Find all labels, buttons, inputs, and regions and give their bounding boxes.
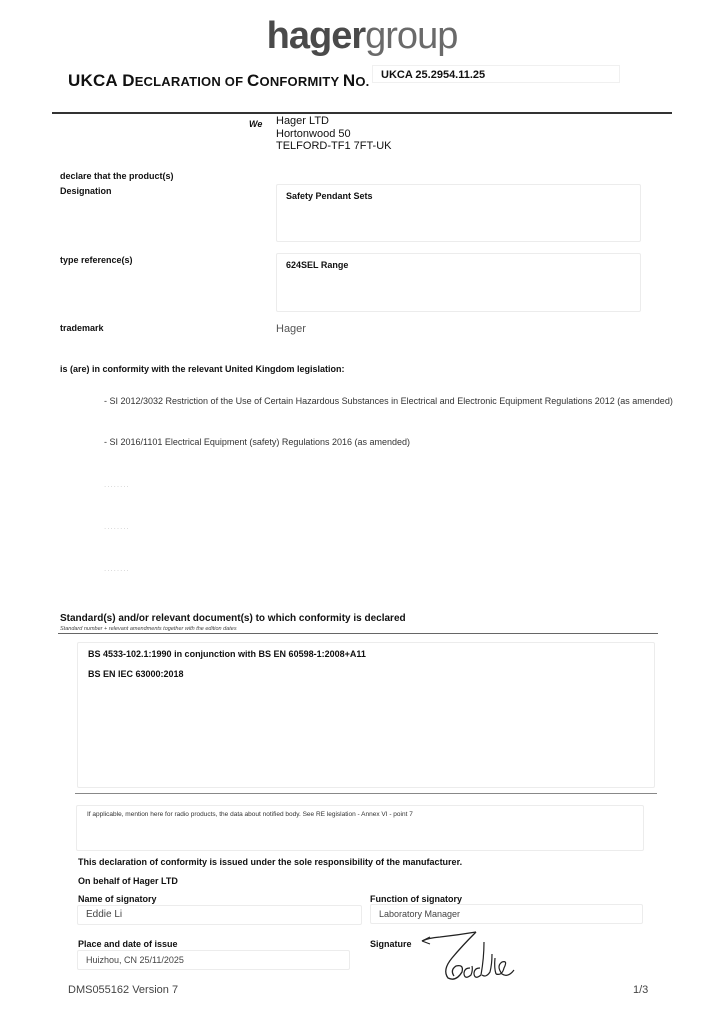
title-part: O. — [355, 74, 369, 89]
logo-light-text: group — [365, 15, 457, 57]
signature-label: Signature — [370, 939, 412, 949]
standards-field[interactable]: BS 4533-102.1:1990 in conjunction with B… — [77, 642, 655, 788]
standards-subheading: Standard number + relevant amendments to… — [60, 626, 237, 632]
header-divider — [52, 112, 672, 114]
place-date-label: Place and date of issue — [78, 939, 178, 949]
issuer-address: Hager LTD Hortonwood 50 TELFORD-TF1 7FT-… — [276, 115, 392, 153]
document-title: UKCA DECLARATION OF CONFORMITY NO. — [68, 71, 370, 91]
legislation-placeholder: ........ — [104, 564, 130, 573]
signatory-function-label: Function of signatory — [370, 894, 462, 904]
legislation-heading: is (are) in conformity with the relevant… — [60, 364, 345, 374]
legislation-placeholder: ........ — [104, 480, 130, 489]
we-label: We — [249, 119, 262, 129]
logo-bold-text: hager — [267, 15, 365, 57]
standards-heading: Standard(s) and/or relevant document(s) … — [60, 613, 406, 624]
title-part: N — [343, 71, 355, 90]
declaration-number-field[interactable]: UKCA 25.2954.11.25 — [372, 65, 620, 83]
signature-image — [418, 928, 538, 984]
standard-item: BS 4533-102.1:1990 in conjunction with B… — [88, 649, 366, 659]
declare-label: declare that the product(s) — [60, 171, 174, 181]
trademark-label: trademark — [60, 323, 104, 333]
title-part: ECLARATION OF — [135, 74, 247, 89]
title-part: D — [122, 71, 134, 90]
trademark-value: Hager — [276, 323, 306, 335]
legislation-item: - SI 2012/3032 Restriction of the Use of… — [104, 396, 694, 407]
hagergroup-logo: hagergroup — [0, 14, 724, 58]
signatory-name-field[interactable]: Eddie Li — [77, 905, 362, 925]
type-reference-label: type reference(s) — [60, 255, 133, 265]
designation-field[interactable]: Safety Pendant Sets — [276, 184, 641, 242]
designation-value: Safety Pendant Sets — [286, 191, 373, 201]
title-part: ONFORMITY — [260, 74, 343, 89]
title-part: C — [247, 71, 259, 90]
signatory-name-label: Name of signatory — [78, 894, 157, 904]
designation-label: Designation — [60, 186, 112, 196]
title-part: UKCA — [68, 71, 122, 90]
type-reference-field[interactable]: 624SEL Range — [276, 253, 641, 312]
issuer-street: Hortonwood 50 — [276, 128, 392, 141]
legislation-item: - SI 2016/1101 Electrical Equipment (saf… — [104, 437, 694, 448]
legislation-placeholder: ........ — [104, 522, 130, 531]
on-behalf-of: On behalf of Hager LTD — [78, 876, 178, 886]
responsibility-statement: This declaration of conformity is issued… — [78, 857, 462, 867]
type-reference-value: 624SEL Range — [286, 260, 348, 270]
place-date-field[interactable]: Huizhou, CN 25/11/2025 — [77, 950, 350, 970]
standards-divider — [58, 633, 658, 634]
issuer-name: Hager LTD — [276, 115, 392, 128]
signatory-function-field[interactable]: Laboratory Manager — [370, 904, 643, 924]
notified-body-note: If applicable, mention here for radio pr… — [87, 811, 413, 818]
issuer-city: TELFORD-TF1 7FT-UK — [276, 140, 392, 153]
standard-item: BS EN IEC 63000:2018 — [88, 669, 184, 679]
page-number: 1/3 — [633, 984, 648, 996]
notified-body-field[interactable]: If applicable, mention here for radio pr… — [76, 805, 644, 851]
standards-bottom-divider — [75, 793, 657, 794]
document-reference: DMS055162 Version 7 — [68, 984, 178, 996]
